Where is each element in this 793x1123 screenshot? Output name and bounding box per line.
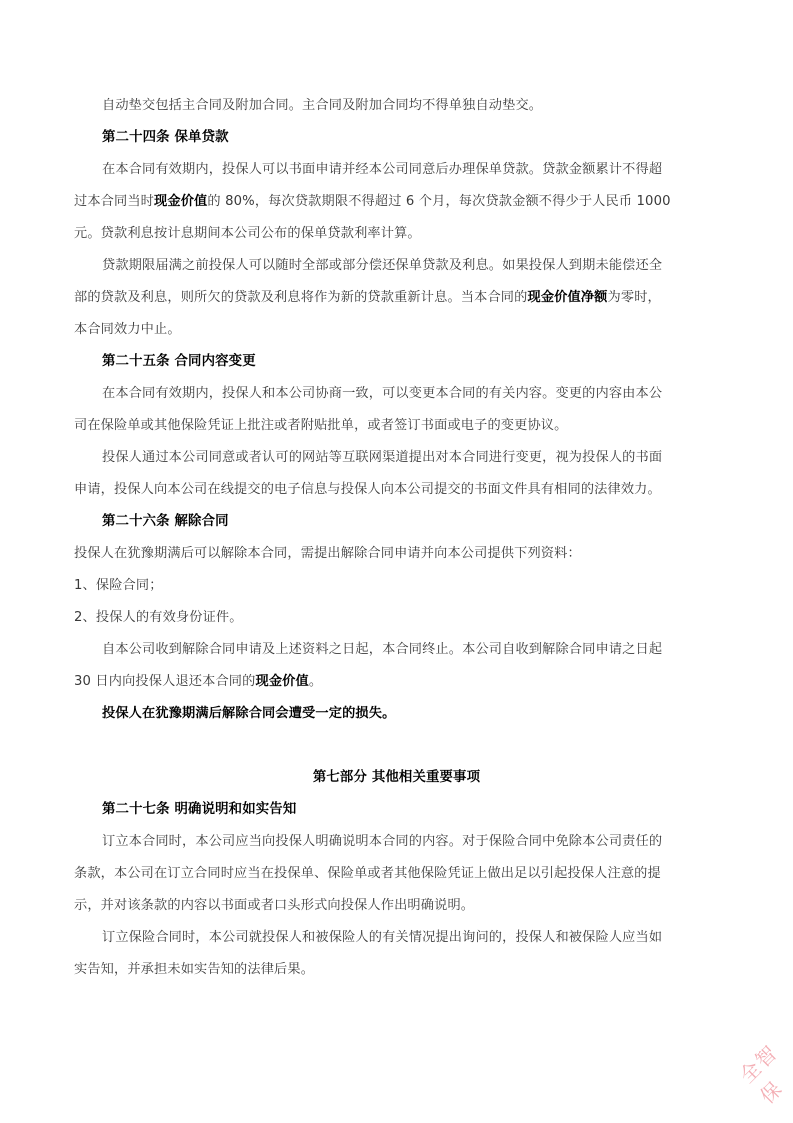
text-segment: 。 bbox=[309, 674, 322, 689]
paragraph-line: 示，并对该条款的内容以书面或者口头形式向投保人作出明确说明。 bbox=[74, 898, 674, 914]
paragraph-line: 投保人通过本公司同意或者认可的网站等互联网渠道提出对本合同进行变更，视为投保人的… bbox=[102, 450, 702, 466]
paragraph-line: 条款，本公司在订立合同时应当在投保单、保险单或者其他保险凭证上做出足以引起投保人… bbox=[74, 866, 704, 882]
paragraph-line: 申请，投保人向本公司在线提交的电子信息与投保人向本公司提交的书面文件具有相同的法… bbox=[74, 482, 674, 498]
article-27-heading: 第二十七条 明确说明和如实告知 bbox=[102, 802, 702, 818]
document-page: 自动垫交包括主合同及附加合同。主合同及附加合同均不得单独自动垫交。 第二十四条 … bbox=[0, 0, 793, 1123]
loss-warning: 投保人在犹豫期满后解除合同会遭受一定的损失。 bbox=[102, 706, 702, 722]
paragraph-line: 部的贷款及利息，则所欠的贷款及利息将作为新的贷款重新计息。当本合同的现金价值净额… bbox=[74, 290, 704, 306]
paragraph-line: 元。贷款利息按计息期间本公司公布的保单贷款利率计算。 bbox=[74, 226, 674, 242]
part-seven-title: 第七部分 其他相关重要事项 bbox=[0, 770, 793, 786]
text-segment: 30 日内向投保人退还本合同的 bbox=[74, 674, 255, 689]
article-26-heading: 第二十六条 解除合同 bbox=[102, 514, 702, 530]
text-segment: 部的贷款及利息，则所欠的贷款及利息将作为新的贷款重新计息。当本合同的 bbox=[74, 290, 527, 305]
paragraph-line: 司在保险单或其他保险凭证上批注或者附贴批单，或者签订书面或电子的变更协议。 bbox=[74, 418, 674, 434]
paragraph-line: 30 日内向投保人退还本合同的现金价值。 bbox=[74, 674, 674, 690]
article-24-heading: 第二十四条 保单贷款 bbox=[102, 130, 702, 146]
paragraph-line: 在本合同有效期内，投保人可以书面申请并经本公司同意后办理保单贷款。贷款金额累计不… bbox=[102, 162, 702, 178]
paragraph-line: 自动垫交包括主合同及附加合同。主合同及附加合同均不得单独自动垫交。 bbox=[102, 98, 702, 114]
paragraph-line: 过本合同当时现金价值的 80%，每次贷款期限不得超过 6 个月，每次贷款金额不得… bbox=[74, 194, 704, 210]
paragraph-line: 投保人在犹豫期满后可以解除本合同，需提出解除合同申请并向本公司提供下列资料： bbox=[74, 546, 674, 562]
text-segment: 过本合同当时 bbox=[74, 194, 154, 209]
watermark-logo: 全智保 bbox=[732, 1025, 793, 1109]
list-item: 2、投保人的有效身份证件。 bbox=[74, 610, 674, 626]
paragraph-line: 在本合同有效期内，投保人和本公司协商一致，可以变更本合同的有关内容。变更的内容由… bbox=[102, 386, 702, 402]
paragraph-line: 贷款期限届满之前投保人可以随时全部或部分偿还保单贷款及利息。如果投保人到期未能偿… bbox=[102, 258, 702, 274]
text-segment: 的 80%，每次贷款期限不得超过 6 个月，每次贷款金额不得少于人民币 1000 bbox=[207, 194, 670, 209]
emphasis-term-net-cash-value: 现金价值净额 bbox=[527, 290, 607, 305]
article-25-heading: 第二十五条 合同内容变更 bbox=[102, 354, 702, 370]
text-segment: 为零时， bbox=[608, 290, 661, 305]
paragraph-line: 订立本合同时，本公司应当向投保人明确说明本合同的内容。对于保险合同中免除本公司责… bbox=[102, 834, 702, 850]
paragraph-line: 实告知，并承担未如实告知的法律后果。 bbox=[74, 962, 674, 978]
paragraph-line: 订立保险合同时，本公司就投保人和被保险人的有关情况提出询问的，投保人和被保险人应… bbox=[102, 930, 702, 946]
emphasis-term-cash-value: 现金价值 bbox=[255, 674, 308, 689]
paragraph-line: 本合同效力中止。 bbox=[74, 322, 674, 338]
emphasis-term-cash-value: 现金价值 bbox=[154, 194, 207, 209]
paragraph-line: 自本公司收到解除合同申请及上述资料之日起，本合同终止。本公司自收到解除合同申请之… bbox=[102, 642, 702, 658]
list-item: 1、保险合同； bbox=[74, 578, 674, 594]
